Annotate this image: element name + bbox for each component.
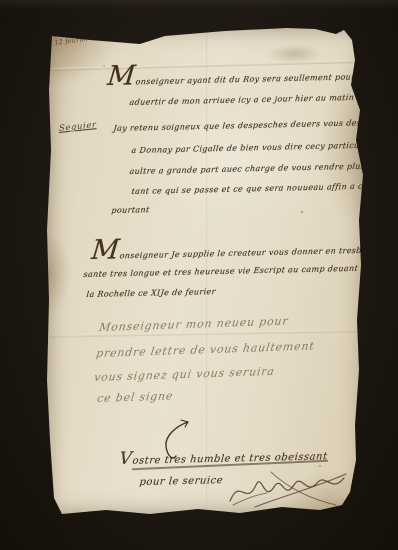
docket-place-date: de la Rochelle 1573 [53,24,122,40]
paragraph2-line: la Rochelle ce XIJe de feurier [86,287,216,299]
paragraph1-line: Jay retenu soigneux que les despesches d… [113,118,370,133]
paragraph1-line: Monseigneur ayant dit du Roy sera seulle… [106,66,379,87]
paragraph1-line: tant ce qui se passe et ce que sera nouu… [131,181,378,196]
closing-line: pour le seruice [139,475,224,488]
postscript-line: ce bel signe [96,390,174,405]
handwriting-layer: de la Rochelle 1573 12 feurier Seguier M… [44,24,368,518]
postscript-line: prendre lettre de vous haultement [95,340,315,360]
archival-docket: de la Rochelle 1573 12 feurier [53,24,123,47]
paragraph1-line: aduertir de mon arriuee icy a ce jour hi… [129,92,385,107]
docket-day: 12 feurier [54,31,123,47]
manuscript-photo: de la Rochelle 1573 12 feurier Seguier M… [0,0,398,550]
paragraph1-line: pourtant [111,205,150,215]
postscript-line: vous signez qui vous seruira [93,366,275,384]
manuscript-page: de la Rochelle 1573 12 feurier Seguier M… [44,24,368,518]
postscript-line: Monseigneur mon neueu pour [98,315,289,334]
paragraph1-line: a Donnay par Cigalle de bien vous dire c… [131,140,398,155]
paragraph2-line: sante tres longue et tres heureuse vie E… [83,264,358,279]
paragraph1-line: aultre a grande part auec charge de vous… [129,161,390,176]
margin-note: Seguier [59,120,97,134]
paragraph2-line: Monseigneur Je supplie le createur vous … [90,239,384,261]
signature-flourish-icon [225,465,353,513]
